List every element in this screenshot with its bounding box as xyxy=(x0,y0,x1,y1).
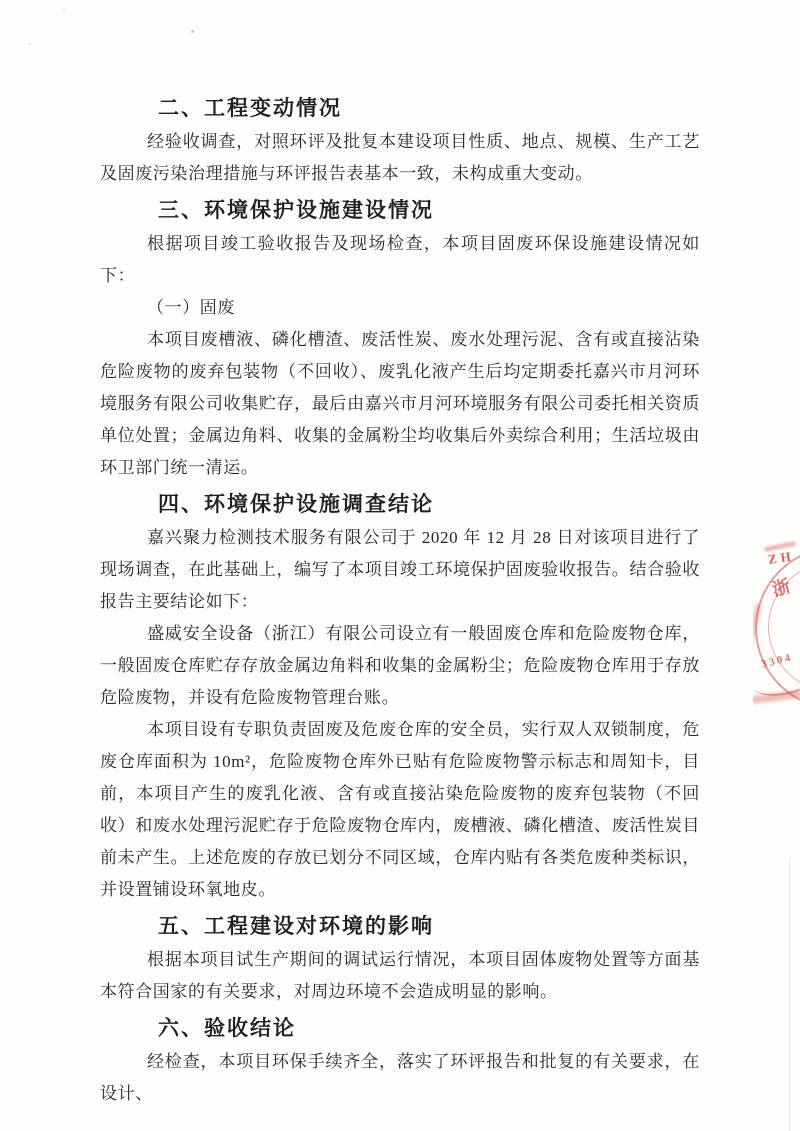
section-heading-3: 三、环境保护设施建设情况 xyxy=(100,194,700,226)
document-body: 二、工程变动情况 经验收调查，对照环评及批复本建设项目性质、地点、规模、生产工艺… xyxy=(100,88,700,1110)
section-heading-5: 五、工程建设对环境的影响 xyxy=(100,910,700,942)
paragraph: 经验收调查，对照环评及批复本建设项目性质、地点、规模、生产工艺及固废污染治理措施… xyxy=(100,126,700,190)
seal-blurred-text-bottom xyxy=(753,690,800,704)
paragraph: 本项目废槽液、磷化槽渣、废活性炭、废水处理污泥、含有或直接沾染危险废物的废弃包装… xyxy=(100,324,700,484)
section-heading-2: 二、工程变动情况 xyxy=(100,92,700,124)
seal-edge-marks xyxy=(753,603,762,649)
scan-speck xyxy=(191,30,194,33)
seal-latin-text: ZH xyxy=(767,548,796,568)
seal-bottom-arc-icon xyxy=(753,664,800,700)
sub-item-label: （一）固废 xyxy=(100,292,700,324)
section-heading-4: 四、环境保护设施调查结论 xyxy=(100,488,700,520)
seal-blurred-text-top xyxy=(764,541,796,552)
scan-artifact-line xyxy=(789,860,790,1131)
paragraph: 根据本项目试生产期间的调试运行情况，本项目固体废物处置等方面基本符合国家的有关要… xyxy=(100,944,700,1008)
paragraph: 经检查，本项目环保手续齐全，落实了环评报告和批复的有关要求，在设计、 xyxy=(100,1046,700,1110)
scan-speck xyxy=(29,43,31,45)
paragraph: 盛威安全设备（浙江）有限公司设立有一般固废仓库和危险废物仓库，一般固废仓库贮存存… xyxy=(100,618,700,714)
scan-speck xyxy=(63,8,65,10)
seal-code-digits: 3304 xyxy=(760,651,794,670)
paragraph: 本项目设有专职负责固废及危废仓库的安全员，实行双人双锁制度，危废仓库面积为 10… xyxy=(100,714,700,906)
paragraph: 根据项目竣工验收报告及现场检查，本项目固废环保设施建设情况如下： xyxy=(100,228,700,292)
paragraph: 嘉兴聚力检测技术服务有限公司于 2020 年 12 月 28 日对该项目进行了现… xyxy=(100,522,700,618)
red-seal-stamp: ZH 浙 3304 xyxy=(753,541,800,713)
document-page: 二、工程变动情况 经验收调查，对照环评及批复本建设项目性质、地点、规模、生产工艺… xyxy=(0,0,800,1131)
seal-inner-ring-icon xyxy=(768,561,800,693)
section-heading-6: 六、验收结论 xyxy=(100,1012,700,1044)
seal-outer-ring-icon xyxy=(755,546,800,710)
seal-cjk-text: 浙 xyxy=(769,572,793,602)
